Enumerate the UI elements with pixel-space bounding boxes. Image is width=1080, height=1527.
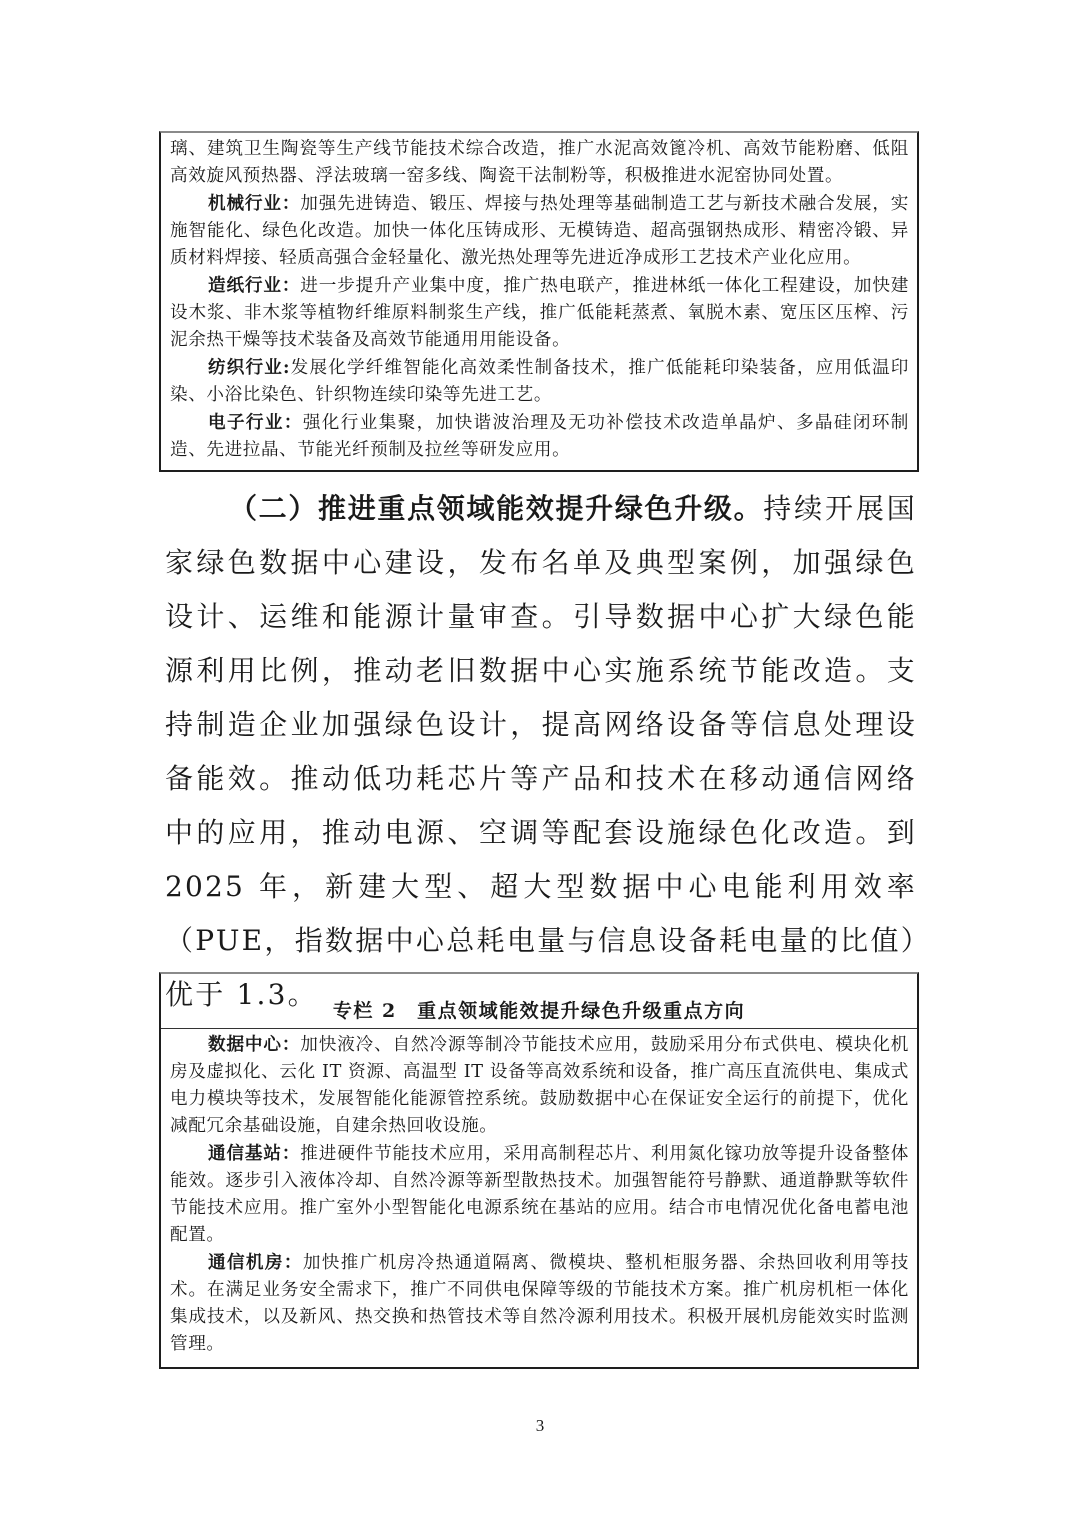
paragraph-lead: 数据中心： bbox=[208, 1034, 300, 1055]
box-paragraph-machinery: 机械行业：加强先进铸造、锻压、焊接与热处理等基础制造工艺与新技术融合发展，实施智… bbox=[170, 190, 909, 272]
box-paragraph-building-materials: 璃、建筑卫生陶瓷等生产线节能技术综合改造，推广水泥高效篦冷机、高效节能粉磨、低阻… bbox=[170, 136, 909, 190]
paragraph-lead: 纺织行业: bbox=[208, 357, 290, 378]
body-paragraph-key-areas: （二）推进重点领域能效提升绿色升级。持续开展国家绿色数据中心建设，发布名单及典型… bbox=[165, 482, 917, 1022]
industry-box-continued: 璃、建筑卫生陶瓷等生产线节能技术综合改造，推广水泥高效篦冷机、高效节能粉磨、低阻… bbox=[159, 131, 919, 472]
column-box-title: 专栏 2 重点领域能效提升绿色升级重点方向 bbox=[333, 996, 745, 1023]
column-box-title-row: 专栏 2 重点领域能效提升绿色升级重点方向 bbox=[161, 974, 917, 1029]
box-paragraph-electronics: 电子行业：强化行业集聚，加快谐波治理及无功补偿技术改造单晶炉、多晶硅闭环制造、先… bbox=[170, 409, 909, 464]
paragraph-text: 璃、建筑卫生陶瓷等生产线节能技术综合改造，推广水泥高效篦冷机、高效节能粉磨、低阻… bbox=[170, 139, 909, 186]
paragraph-lead: 通信基站： bbox=[208, 1143, 300, 1164]
paragraph-lead: 电子行业： bbox=[208, 412, 303, 433]
box-paragraph-base-station: 通信基站：推进硬件节能技术应用，采用高制程芯片、利用氮化镓功放等提升设备整体能效… bbox=[170, 1140, 909, 1249]
body-text: 持续开展国家绿色数据中心建设，发布名单及典型案例，加强绿色设计、运维和能源计量审… bbox=[165, 492, 917, 1011]
section-heading: （二）推进重点领域能效提升绿色升级。 bbox=[229, 492, 763, 525]
paragraph-lead: 造纸行业： bbox=[208, 275, 300, 296]
box-paragraph-telecom-room: 通信机房：加快推广机房冷热通道隔离、微模块、整机柜服务器、余热回收利用等技术。在… bbox=[170, 1249, 909, 1358]
box-paragraph-textile: 纺织行业:发展化学纤维智能化高效柔性制备技术，推广低能耗印染装备，应用低温印染、… bbox=[170, 354, 909, 409]
paragraph-lead: 机械行业： bbox=[208, 193, 300, 214]
paragraph-lead: 通信机房： bbox=[208, 1252, 303, 1273]
column-box-2: 专栏 2 重点领域能效提升绿色升级重点方向 数据中心：加快液冷、自然冷源等制冷节… bbox=[159, 972, 919, 1369]
box-paragraph-data-center: 数据中心：加快液冷、自然冷源等制冷节能技术应用，鼓励采用分布式供电、模块化机房及… bbox=[170, 1031, 909, 1140]
page-number: 3 bbox=[0, 1416, 1080, 1436]
column-box-content: 数据中心：加快液冷、自然冷源等制冷节能技术应用，鼓励采用分布式供电、模块化机房及… bbox=[161, 1029, 917, 1358]
box-paragraph-paper: 造纸行业：进一步提升产业集中度，推广热电联产，推进林纸一体化工程建设，加快建设木… bbox=[170, 272, 909, 354]
